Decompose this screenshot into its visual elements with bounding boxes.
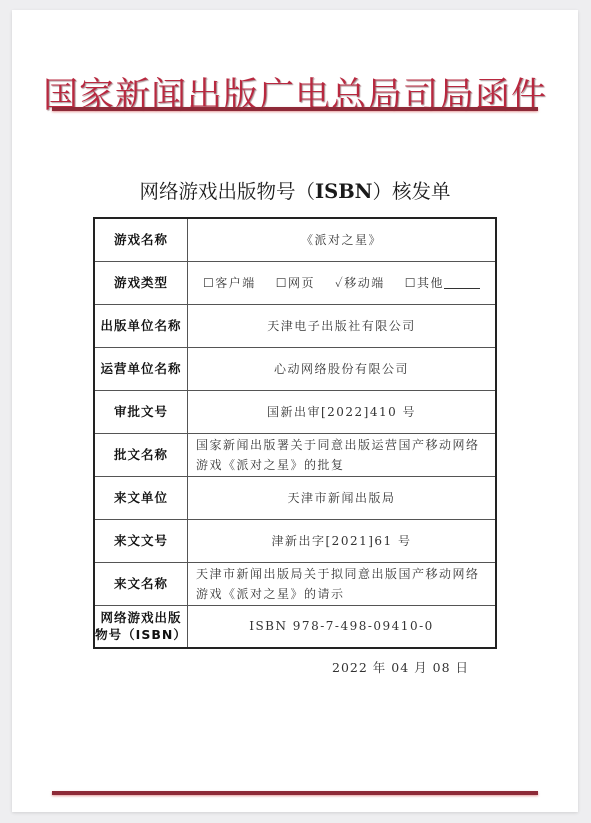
value-source-unit: 天津市新闻出版局 [188,476,497,519]
row-approval-title: 批文名称 国家新闻出版署关于同意出版运营国产移动网络游戏《派对之星》的批复 [94,433,496,476]
value-source-no: 津新出字[2021]61 号 [188,519,497,562]
checkmark-icon: ✓ [335,276,344,290]
form-title-suffix: ）核发单 [373,180,451,203]
checkbox-icon: ☐ [203,276,215,290]
isbn-form-table: 游戏名称 《派对之星》 游戏类型 ☐客户端☐网页✓移动端☐其他 出版单位名称 天… [93,217,497,649]
value-isbn: ISBN 978-7-498-09410-0 [188,605,497,648]
label-approval-title: 批文名称 [94,433,188,476]
row-source-unit: 来文单位 天津市新闻出版局 [94,476,496,519]
option-mobile: ✓移动端 [335,273,385,293]
row-game-type: 游戏类型 ☐客户端☐网页✓移动端☐其他 [94,261,496,304]
value-game-name: 《派对之星》 [188,218,497,261]
option-web: ☐网页 [276,273,315,293]
masthead-rule [52,107,538,111]
form-title: 网络游戏出版物号（ISBN）核发单 [12,176,578,204]
label-source-title: 来文名称 [94,562,188,605]
label-approval-no: 审批文号 [94,390,188,433]
label-game-name: 游戏名称 [94,218,188,261]
issue-date: 2022 年 04 月 08 日 [332,658,469,676]
label-isbn: 网络游戏出版物号（ISBN） [94,605,188,648]
label-source-no: 来文文号 [94,519,188,562]
value-operator: 心动网络股份有限公司 [188,347,497,390]
form-title-prefix: 网络游戏出版物号（ [139,180,315,203]
blank-line [444,276,480,289]
label-operator: 运营单位名称 [94,347,188,390]
option-other: ☐其他 [405,273,480,293]
value-publisher: 天津电子出版社有限公司 [188,304,497,347]
row-approval-no: 审批文号 国新出审[2022]410 号 [94,390,496,433]
document-page: 国家新闻出版广电总局司局函件 网络游戏出版物号（ISBN）核发单 游戏名称 《派… [12,10,578,812]
row-source-title: 来文名称 天津市新闻出版局关于拟同意出版国产移动网络游戏《派对之星》的请示 [94,562,496,605]
row-publisher: 出版单位名称 天津电子出版社有限公司 [94,304,496,347]
checkbox-icon: ☐ [405,276,417,290]
row-operator: 运营单位名称 心动网络股份有限公司 [94,347,496,390]
option-client: ☐客户端 [203,273,256,293]
footer-rule [52,791,538,795]
label-game-type: 游戏类型 [94,261,188,304]
value-approval-no: 国新出审[2022]410 号 [188,390,497,433]
label-source-unit: 来文单位 [94,476,188,519]
value-approval-title: 国家新闻出版署关于同意出版运营国产移动网络游戏《派对之星》的批复 [188,433,497,476]
row-isbn: 网络游戏出版物号（ISBN） ISBN 978-7-498-09410-0 [94,605,496,648]
value-source-title: 天津市新闻出版局关于拟同意出版国产移动网络游戏《派对之星》的请示 [188,562,497,605]
row-source-no: 来文文号 津新出字[2021]61 号 [94,519,496,562]
value-game-type: ☐客户端☐网页✓移动端☐其他 [188,261,497,304]
form-title-isbn: ISBN [315,180,373,203]
checkbox-icon: ☐ [276,276,288,290]
label-publisher: 出版单位名称 [94,304,188,347]
row-game-name: 游戏名称 《派对之星》 [94,218,496,261]
